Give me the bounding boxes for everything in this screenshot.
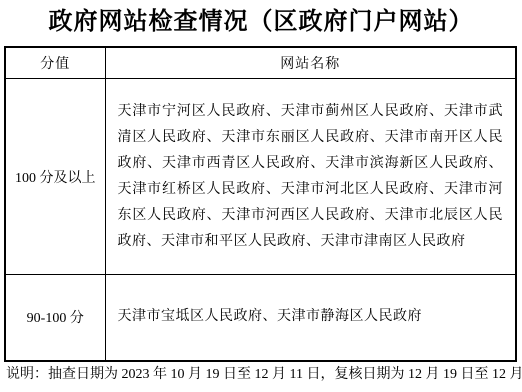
footnote: 说明：抽查日期为 2023 年 10 月 19 日至 12 月 11 日，复核日… xyxy=(0,362,522,385)
score-value-90-100: 90-100 分 xyxy=(5,275,105,361)
page-title: 政府网站检查情况（区政府门户网站） xyxy=(0,0,522,46)
score-value-100-and-above: 100 分及以上 xyxy=(5,79,105,275)
sites-list-100-and-above: 天津市宁河区人民政府、天津市蓟州区人民政府、天津市武清区人民政府、天津市东丽区人… xyxy=(105,79,516,275)
table-row: 100 分及以上 天津市宁河区人民政府、天津市蓟州区人民政府、天津市武清区人民政… xyxy=(5,79,516,275)
header-score: 分值 xyxy=(5,47,105,79)
sites-list-90-100: 天津市宝坻区人民政府、天津市静海区人民政府 xyxy=(105,275,516,361)
score-table: 分值 网站名称 100 分及以上 天津市宁河区人民政府、天津市蓟州区人民政府、天… xyxy=(4,46,517,362)
header-site-name: 网站名称 xyxy=(105,47,516,79)
table-row: 90-100 分 天津市宝坻区人民政府、天津市静海区人民政府 xyxy=(5,275,516,361)
table-header-row: 分值 网站名称 xyxy=(5,47,516,79)
document-page: { "page": { "title": "政府网站检查情况（区政府门户网站）"… xyxy=(0,0,522,392)
